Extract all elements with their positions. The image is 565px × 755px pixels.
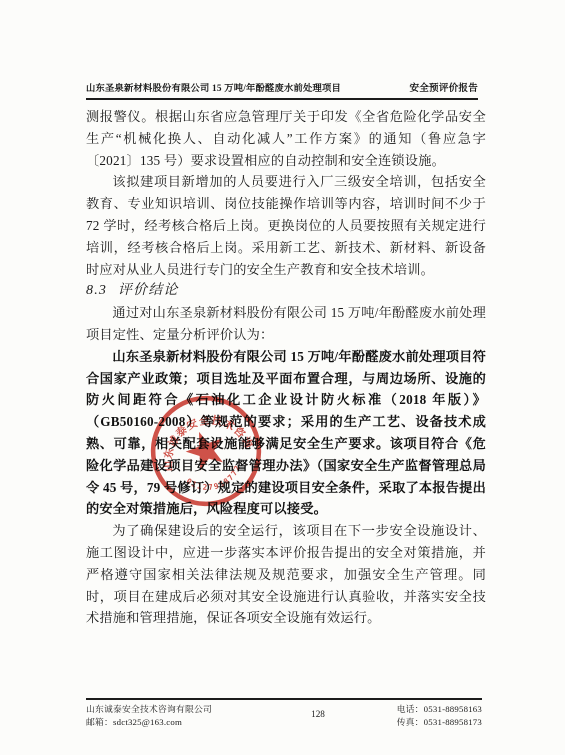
footer-left-block: 山东诚泰安全技术咨询有限公司 邮箱：sdct325@163.com (86, 703, 212, 729)
page-header: 山东圣泉新材料股份有限公司 15 万吨/年酚醛废水前处理项目 安全预评价报告 (86, 80, 478, 100)
paragraph-continuation: 测报警仪。根据山东省应急管理厅关于印发《全省危险化学品安全生产“机械化换人、自动… (86, 106, 486, 171)
paragraph-training: 该拟建项目新增加的人员要进行入厂三级安全培训，包括安全教育、专业知识培训、岗位技… (86, 171, 486, 280)
page-footer: 山东诚泰安全技术咨询有限公司 邮箱：sdct325@163.com 电话：053… (86, 698, 482, 729)
header-project-title: 山东圣泉新材料股份有限公司 15 万吨/年酚醛废水前处理项目 (86, 80, 341, 94)
paragraph-recommendation: 为了确保建设后的安全运行，该项目在下一步安全设施设计、施工图设计中，应进一步落实… (86, 520, 486, 629)
paragraph-conclusion-bold: 山东圣泉新材料股份有限公司 15 万吨/年酚醛废水前处理项目符合国家产业政策；项… (86, 346, 486, 520)
document-page: 山东圣泉新材料股份有限公司 15 万吨/年酚醛废水前处理项目 安全预评价报告 测… (0, 0, 565, 755)
footer-fax: 传真：0531-88958173 (397, 716, 482, 729)
footer-company-name: 山东诚泰安全技术咨询有限公司 (86, 703, 212, 716)
paragraph-intro-conclusion: 通过对山东圣泉新材料股份有限公司 15 万吨/年酚醛废水前处理项目定性、定量分析… (86, 302, 486, 346)
footer-email: 邮箱：sdct325@163.com (86, 716, 212, 729)
section-heading: 8.3 评价结论 (86, 280, 486, 302)
page-number: 128 (300, 709, 336, 719)
header-report-type: 安全预评价报告 (409, 80, 478, 94)
document-body: 测报警仪。根据山东省应急管理厅关于印发《全省危险化学品安全生产“机械化换人、自动… (86, 106, 486, 629)
footer-right-block: 电话：0531-88958163 传真：0531-88958173 (397, 703, 482, 729)
footer-phone: 电话：0531-88958163 (397, 703, 482, 716)
